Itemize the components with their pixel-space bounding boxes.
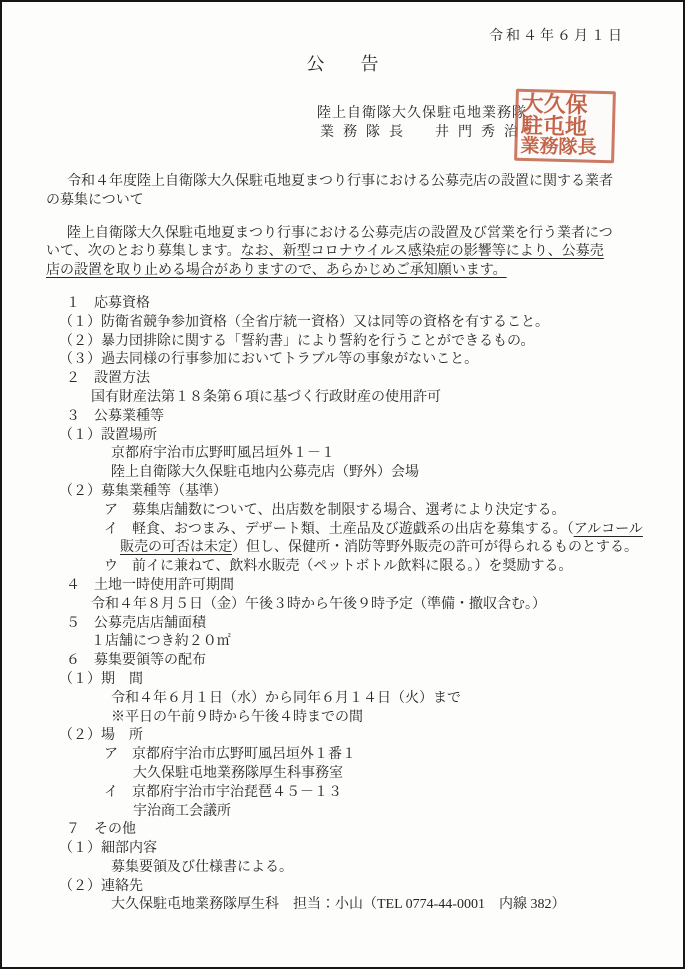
text-line: 大久保駐屯地業務隊厚生科事務室: [46, 765, 639, 784]
text-line: ４ 土地一時使用許可期間: [46, 577, 639, 596]
text-line: ５ 公募売店店舗面積: [46, 615, 639, 634]
official-seal-stamp: 大久保 駐屯地 業務隊長: [514, 89, 616, 164]
text-line: の募集について: [46, 192, 639, 211]
text-line: （２）暴力団排除に関する「誓約書」により誓約を行うことができるもの。: [46, 333, 639, 352]
text-segment: ７ その他: [66, 822, 136, 837]
text-segment: 京都府宇治市広野町風呂垣外１－１: [111, 446, 335, 461]
text-line: （３）過去同様の行事参加においてトラブル等の事象がないこと。: [46, 351, 639, 370]
text-line: 販売の可否は未定）但し、保健所・消防等野外販売の許可が得られるものとする。: [46, 539, 639, 558]
text-segment: ア 募集店舗数について、出店数を制限する場合、選考により決定する。: [104, 503, 565, 518]
text-line: 陸上自衛隊大久保駐屯地内公募売店（野外）会場: [46, 464, 639, 483]
text-line: 店の設置を取り止める場合がありますので、あらかじめご承知願います。: [46, 262, 639, 281]
stamp-text: 業務隊長: [520, 137, 597, 159]
text-line: ６ 募集要領等の配布: [46, 652, 639, 671]
text-segment: の募集について: [46, 193, 144, 208]
text-line: １ 応募資格: [46, 295, 639, 314]
text-line: 国有財産法第１８条第６項に基づく行政財産の使用許可: [46, 389, 639, 408]
text-segment: 募集要領及び仕様書による。: [111, 860, 293, 875]
text-segment: （２）連絡先: [59, 879, 143, 894]
text-segment: ウ 前イに兼ねて、飲料水販売（ペットボトル飲料に限る。）を奨励する。: [104, 559, 572, 574]
text-line: （１）防衛省競争参加資格（全省庁統一資格）又は同等の資格を有すること。: [46, 314, 639, 333]
text-line: （２）募集業種等（基準）: [46, 483, 639, 502]
text-segment: ４ 土地一時使用許可期間: [66, 578, 234, 593]
sender-officer-name: 業務隊長 井門秀治: [46, 123, 527, 142]
text-segment: （２）募集業種等（基準）: [59, 484, 227, 499]
text-line: 京都府宇治市広野町風呂垣外１－１: [46, 445, 639, 464]
text-segment: いて、次のとおり募集します。: [46, 244, 241, 259]
text-segment: イ 軽食、おつまみ、デザート類、土産品及び遊戯系の出店を募集する。（: [104, 522, 574, 537]
text-line: ７ その他: [46, 821, 639, 840]
subject-paragraph: 令和４年度陸上自衛隊大久保駐屯地夏まつり行事における公募売店の設置に関する業者の…: [46, 173, 639, 211]
text-line: 令和４年８月５日（金）午後３時から午後９時予定（準備・撤収含む。）: [46, 596, 639, 615]
text-segment: 陸上自衛隊大久保駐屯地内公募売店（野外）会場: [111, 465, 419, 480]
text-segment: ア 京都府宇治市広野町風呂垣外１番１: [104, 747, 356, 762]
text-segment: 令和４年度陸上自衛隊大久保駐屯地夏まつり行事における公募売店の設置に関する業者: [67, 174, 613, 189]
text-segment: ※平日の午前９時から午後４時までの間: [111, 710, 363, 725]
text-line: 陸上自衛隊大久保駐屯地夏まつり行事における公募売店の設置及び営業を行う業者につ: [46, 225, 639, 244]
text-line: ア 募集店舗数について、出店数を制限する場合、選考により決定する。: [46, 502, 639, 521]
notice-title: 公 告: [46, 52, 639, 76]
underlined-text: 販売の可否は未定: [120, 540, 232, 555]
scanned-notice-page: 令和４年６月１日 公 告 陸上自衛隊大久保駐屯地業務隊 業務隊長 井門秀治 令和…: [0, 0, 685, 969]
text-line: 募集要領及び仕様書による。: [46, 859, 639, 878]
document-date: 令和４年６月１日: [46, 27, 639, 46]
text-segment: ）但し、保健所・消防等野外販売の許可が得られるものとする。: [232, 540, 638, 555]
text-segment: 令和４年８月５日（金）午後３時から午後９時予定（準備・撤収含む。）: [91, 597, 546, 612]
text-line: ※平日の午前９時から午後４時までの間: [46, 709, 639, 728]
text-segment: イ 京都府宇治市宇治琵琶４５－１３: [104, 785, 342, 800]
text-line: イ 軽食、おつまみ、デザート類、土産品及び遊戯系の出店を募集する。（アルコール: [46, 521, 639, 540]
text-line: （２）連絡先: [46, 878, 639, 897]
text-segment: ５ 公募売店店舗面積: [66, 616, 206, 631]
text-segment: ６ 募集要領等の配布: [66, 653, 206, 668]
text-segment: １店舗につき約２０㎡: [91, 634, 231, 649]
text-segment: 大久保駐屯地業務隊厚生科 担当：小山（TEL 0774-44-0001 内線 3…: [111, 897, 565, 912]
text-segment: ２ 設置方法: [66, 371, 150, 386]
text-line: 宇治商工会議所: [46, 803, 639, 822]
text-line: （１）細部内容: [46, 840, 639, 859]
text-line: 大久保駐屯地業務隊厚生科 担当：小山（TEL 0774-44-0001 内線 3…: [46, 896, 639, 915]
text-line: （１）期 間: [46, 671, 639, 690]
text-segment: （３）過去同様の行事参加においてトラブル等の事象がないこと。: [59, 352, 478, 367]
intro-paragraph: 陸上自衛隊大久保駐屯地夏まつり行事における公募売店の設置及び営業を行う業者につい…: [46, 225, 639, 281]
underlined-text: アルコール: [574, 522, 643, 537]
text-segment: 大久保駐屯地業務隊厚生科事務室: [133, 766, 343, 781]
text-segment: （１）防衛省競争参加資格（全省庁統一資格）又は同等の資格を有すること。: [59, 315, 549, 330]
text-segment: 令和４年６月１日（水）から同年６月１４日（火）まで: [111, 691, 461, 706]
text-line: イ 京都府宇治市宇治琵琶４５－１３: [46, 784, 639, 803]
body-lines: １ 応募資格（１）防衛省競争参加資格（全省庁統一資格）又は同等の資格を有すること…: [46, 295, 639, 915]
text-segment: （１）期 間: [59, 672, 143, 687]
text-line: ３ 公募業種等: [46, 408, 639, 427]
text-line: 令和４年６月１日（水）から同年６月１４日（火）まで: [46, 690, 639, 709]
text-segment: １ 応募資格: [66, 296, 150, 311]
text-segment: 宇治商工会議所: [133, 804, 231, 819]
text-line: 令和４年度陸上自衛隊大久保駐屯地夏まつり行事における公募売店の設置に関する業者: [46, 173, 639, 192]
text-segment: （１）設置場所: [59, 428, 157, 443]
underlined-text: なお、新型コロナウイルス感染症の影響等により、公募売: [241, 244, 604, 259]
text-segment: （１）細部内容: [59, 841, 157, 856]
text-line: ２ 設置方法: [46, 370, 639, 389]
text-line: ア 京都府宇治市広野町風呂垣外１番１: [46, 746, 639, 765]
text-segment: 陸上自衛隊大久保駐屯地夏まつり行事における公募売店の設置及び営業を行う業者につ: [67, 226, 613, 241]
underlined-text: 店の設置を取り止める場合がありますので、あらかじめご承知願います。: [46, 263, 507, 278]
text-segment: （２）暴力団排除に関する「誓約書」により誓約を行うことができるもの。: [59, 334, 534, 349]
sender-organization: 陸上自衛隊大久保駐屯地業務隊: [46, 104, 527, 123]
text-line: （２）場 所: [46, 727, 639, 746]
text-segment: 国有財産法第１８条第６項に基づく行政財産の使用許可: [91, 390, 441, 405]
stamp-row: 業務隊長: [520, 137, 608, 159]
text-segment: ３ 公募業種等: [66, 409, 164, 424]
stamp-text: 駐屯地: [521, 115, 588, 139]
text-line: １店舗につき約２０㎡: [46, 633, 639, 652]
text-line: いて、次のとおり募集します。なお、新型コロナウイルス感染症の影響等により、公募売: [46, 243, 639, 262]
text-line: （１）設置場所: [46, 427, 639, 446]
text-segment: （２）場 所: [59, 728, 143, 743]
text-line: ウ 前イに兼ねて、飲料水販売（ペットボトル飲料に限る。）を奨励する。: [46, 558, 639, 577]
